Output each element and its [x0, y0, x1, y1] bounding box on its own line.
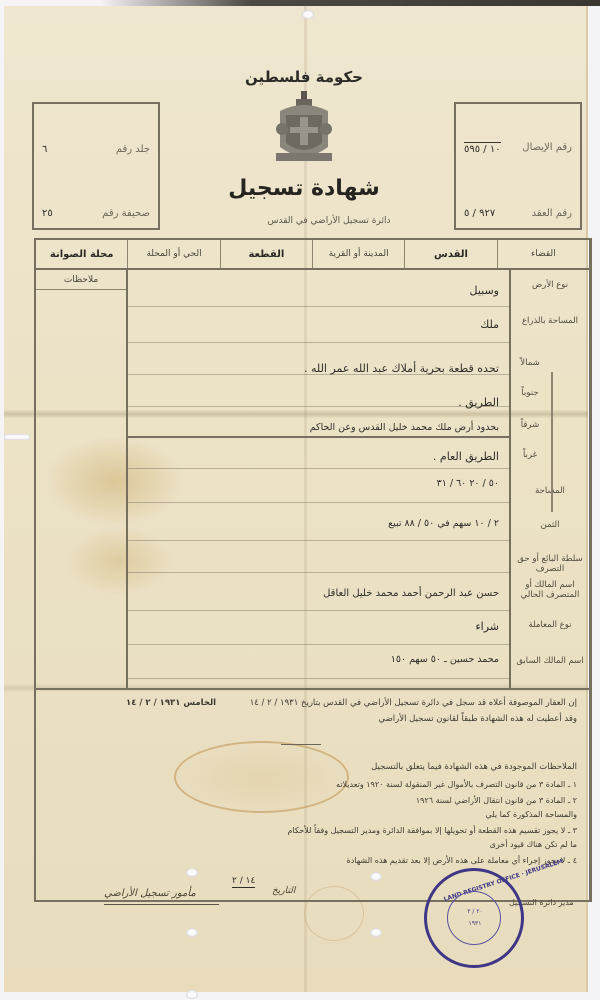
receipt-deed-box: رقم الإيصال ١٠ / ٥٩٥ رقم العقد ٩٢٧ / ٥	[454, 102, 582, 230]
west-boundary-value: الطريق العام .	[433, 450, 499, 463]
town-cell: المدينة أو القرية	[312, 240, 404, 268]
district-cell: القضاء	[497, 240, 589, 268]
punch-hole	[186, 990, 198, 999]
signature-date-fraction: ١٤ / ٢	[232, 876, 255, 889]
field-label: سلطة البائع أو حق التصرف	[515, 554, 585, 574]
punch-hole	[186, 868, 198, 877]
field-label: نوع المعاملة	[515, 620, 585, 630]
area-value: ملك	[480, 318, 499, 331]
deed-value: ٩٢٧ / ٥	[464, 208, 495, 219]
receipt-value: ١٠ / ٥٩٥	[464, 142, 501, 155]
price-share-value: ٢ / ١٠ سهم في ٥٠ / ٨٨ تبيع	[388, 518, 499, 529]
deed-label: رقم العقد	[532, 208, 572, 219]
folio-row: صحيفة رقم ٢٥	[42, 208, 150, 219]
footer-line: ٣ ـ لا يجوز تقسيم هذه القطعة أو تحويلها …	[287, 826, 577, 835]
stamp-year: ١٩٣١	[448, 920, 502, 927]
footer-line: والمساحة المذكورة كما يلي	[486, 810, 577, 819]
entries-area: وسبيل ملك تحده قطعة بحرية أملاك عبد الله…	[128, 270, 509, 688]
punch-hole	[370, 872, 382, 881]
land-type-value: وسبيل	[470, 284, 500, 297]
south-boundary-value: الطريق .	[458, 396, 499, 409]
footer-line: ٢ ـ المادة ٣ من قانون انتقال الأراضي لسن…	[416, 796, 577, 805]
certification-footer: إن العقار الموصوفة أعلاه قد سجل في دائرة…	[34, 690, 592, 902]
folio-label: صحيفة رقم	[102, 208, 150, 219]
punch-hole	[186, 928, 198, 937]
footer-line: ١ ـ المادة ٣ من قانون التصرف بالأموال غي…	[336, 780, 577, 789]
field-label: المساحة	[515, 486, 585, 496]
notes-header: ملاحظات	[36, 270, 126, 290]
notes-column: ملاحظات	[36, 270, 128, 688]
date-label: التاريخ	[272, 886, 295, 896]
certificate-paper: حكومة فلسطين شهادة تسجيل دائرة تسجيل الأ…	[4, 6, 588, 992]
registry-office-line: دائرة تسجيل الأراضي في القدس	[239, 216, 419, 226]
current-owner-value: حسن عبد الرحمن أحمد محمد خليل العاقل	[323, 588, 499, 599]
paper-tear	[4, 434, 30, 440]
field-label: نوع الأرض	[515, 280, 585, 290]
registrar-signature: مأمور تسجيل الأراضي	[104, 888, 196, 899]
deed-row: رقم العقد ٩٢٧ / ٥	[464, 208, 572, 219]
stamp-date: ٢٠ / ٢	[448, 908, 502, 915]
divider-dash	[281, 744, 321, 745]
volume-value: ٦	[42, 144, 47, 155]
punch-hole	[302, 10, 314, 19]
footer-line: ما لم تكن هناك قيود أخرى	[490, 840, 577, 849]
transaction-type-value: شراء	[475, 620, 499, 633]
footer-line: وقد أعطيت له هذه الشهادة طبقاً لقانون تس…	[378, 714, 577, 724]
footer-line: إن العقار الموصوفة أعلاه قد سجل في دائرة…	[250, 698, 577, 708]
field-label: اسم المالك أو المتصرف الحالي	[515, 580, 585, 600]
previous-owner-value: محمد حسين ـ ٥٠ سهم ١٥٠	[391, 654, 499, 665]
district-value-cell: القدس	[404, 240, 496, 268]
receipt-label: رقم الإيصال	[522, 142, 572, 155]
field-labels-column: نوع الأرض المساحة بالذراع شمالاً جنوباً …	[509, 270, 589, 688]
location-header-row: القضاء القدس المدينة أو القرية القطعة ال…	[34, 238, 592, 270]
royal-crest-icon	[272, 89, 336, 169]
registration-date: الخامس ١٩٣١ / ٢ / ١٤	[126, 698, 216, 708]
folio-value: ٢٥	[42, 208, 53, 219]
north-boundary-value: تحده قطعة بحرية أملاك عبد الله عمر الله …	[304, 362, 499, 375]
field-label: اسم المالك السابق	[515, 656, 585, 666]
volume-row: جلد رقم ٦	[42, 144, 150, 155]
boundaries-bracket	[551, 372, 565, 512]
registry-stamp: LAND REGISTRY OFFICE · JERUSALEM ٢٠ / ٢ …	[424, 868, 524, 968]
volume-label: جلد رقم	[116, 144, 150, 155]
scan-edge-shadow	[100, 0, 600, 6]
signature-line	[104, 904, 219, 905]
quarter-cell: الحي أو المحلة	[127, 240, 219, 268]
field-label: المساحة بالذراع	[515, 316, 585, 326]
property-details-grid: ملاحظات نوع الأرض المساحة بالذراع شمالاً…	[34, 270, 592, 690]
parcel-cell: القطعة	[220, 240, 312, 268]
field-label: الثمن	[515, 520, 585, 530]
punch-hole	[370, 928, 382, 937]
measurement-value: ٥٠ / ٢٠ ٦٠ / ٣١	[437, 478, 499, 489]
receipt-row: رقم الإيصال ١٠ / ٥٩٥	[464, 142, 572, 155]
quarter-value-cell: محلة الصوانة	[36, 240, 127, 268]
government-heading: حكومة فلسطين	[4, 68, 600, 86]
footer-line: الملاحظات الموجودة في هذه الشهادة فيما ي…	[371, 762, 577, 772]
volume-folio-box: جلد رقم ٦ صحيفة رقم ٢٥	[32, 102, 160, 230]
east-boundary-value: بحدود أرض ملك محمد خليل القدس وعن الحاكم	[310, 422, 499, 433]
stamp-inner-ring: ٢٠ / ٢ ١٩٣١	[447, 891, 501, 945]
